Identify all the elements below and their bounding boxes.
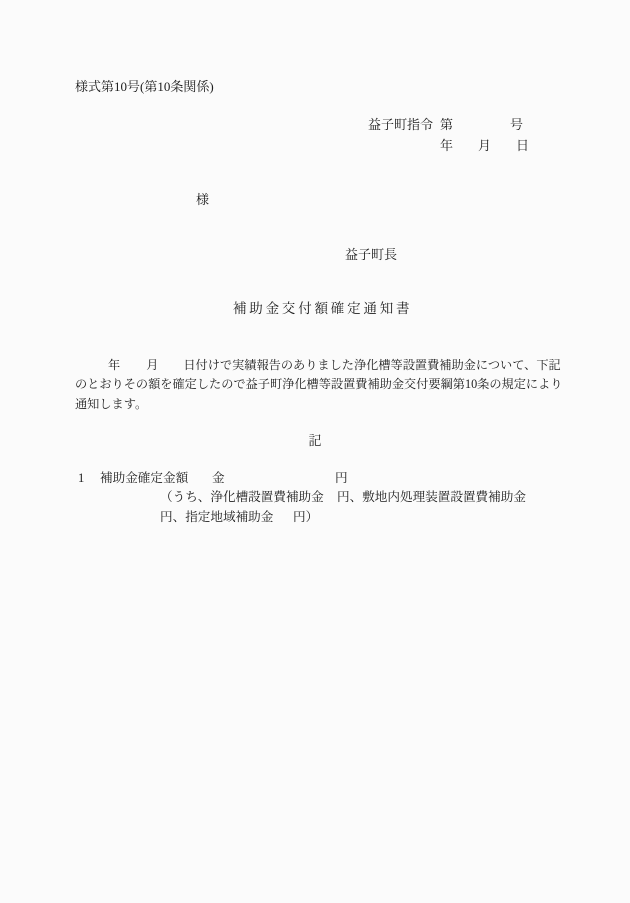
addressee-honorific: 様 bbox=[196, 193, 209, 208]
item1-detail2-a: 円、指定地域補助金 bbox=[160, 510, 273, 524]
directive-number-suffix: 号 bbox=[510, 118, 523, 133]
item1-amount-unit: 円 bbox=[335, 471, 348, 485]
item1-detail2-b: 円） bbox=[293, 510, 318, 524]
form-number: 様式第10号(第10条関係) bbox=[75, 80, 214, 95]
date-year-label: 年 bbox=[440, 139, 453, 154]
item1-label: 補助金確定金額 bbox=[100, 471, 188, 485]
directive-number-prefix: 第 bbox=[440, 118, 453, 133]
body-line3: 通知します。 bbox=[75, 395, 575, 414]
sender-title: 益子町長 bbox=[345, 248, 397, 263]
body-year-label: 年 bbox=[108, 358, 120, 372]
directive-issuer: 益子町指令 bbox=[368, 118, 433, 133]
body-paragraph: 年月日付けで実績報告のありました浄化槽等設置費補助金について、下記 のとおりその… bbox=[75, 356, 575, 414]
record-marker: 記 bbox=[0, 434, 630, 449]
body-line2: のとおりその額を確定したので益子町浄化槽等設置費補助金交付要綱第10条の規定によ… bbox=[75, 375, 575, 394]
item1-number: 1 bbox=[78, 471, 84, 485]
body-line1: 年月日付けで実績報告のありました浄化槽等設置費補助金について、下記 bbox=[75, 356, 575, 375]
body-month-label: 月 bbox=[146, 358, 158, 372]
body-line1-rest: 日付けで実績報告のありました浄化槽等設置費補助金について、下記 bbox=[183, 358, 560, 372]
item1-detail1-a: （うち、浄化槽設置費補助金 bbox=[160, 490, 324, 504]
item1-detail1-b: 円、敷地内処理装置設置費補助金 bbox=[337, 490, 526, 504]
date-month-label: 月 bbox=[478, 139, 491, 154]
document-title: 補助金交付額確定通知書 bbox=[233, 301, 412, 317]
document-page: 様式第10号(第10条関係) 益子町指令 第 号 年 月 日 様 益子町長 補助… bbox=[0, 0, 630, 903]
item1-amount-prefix: 金 bbox=[212, 471, 225, 485]
date-day-label: 日 bbox=[516, 139, 529, 154]
